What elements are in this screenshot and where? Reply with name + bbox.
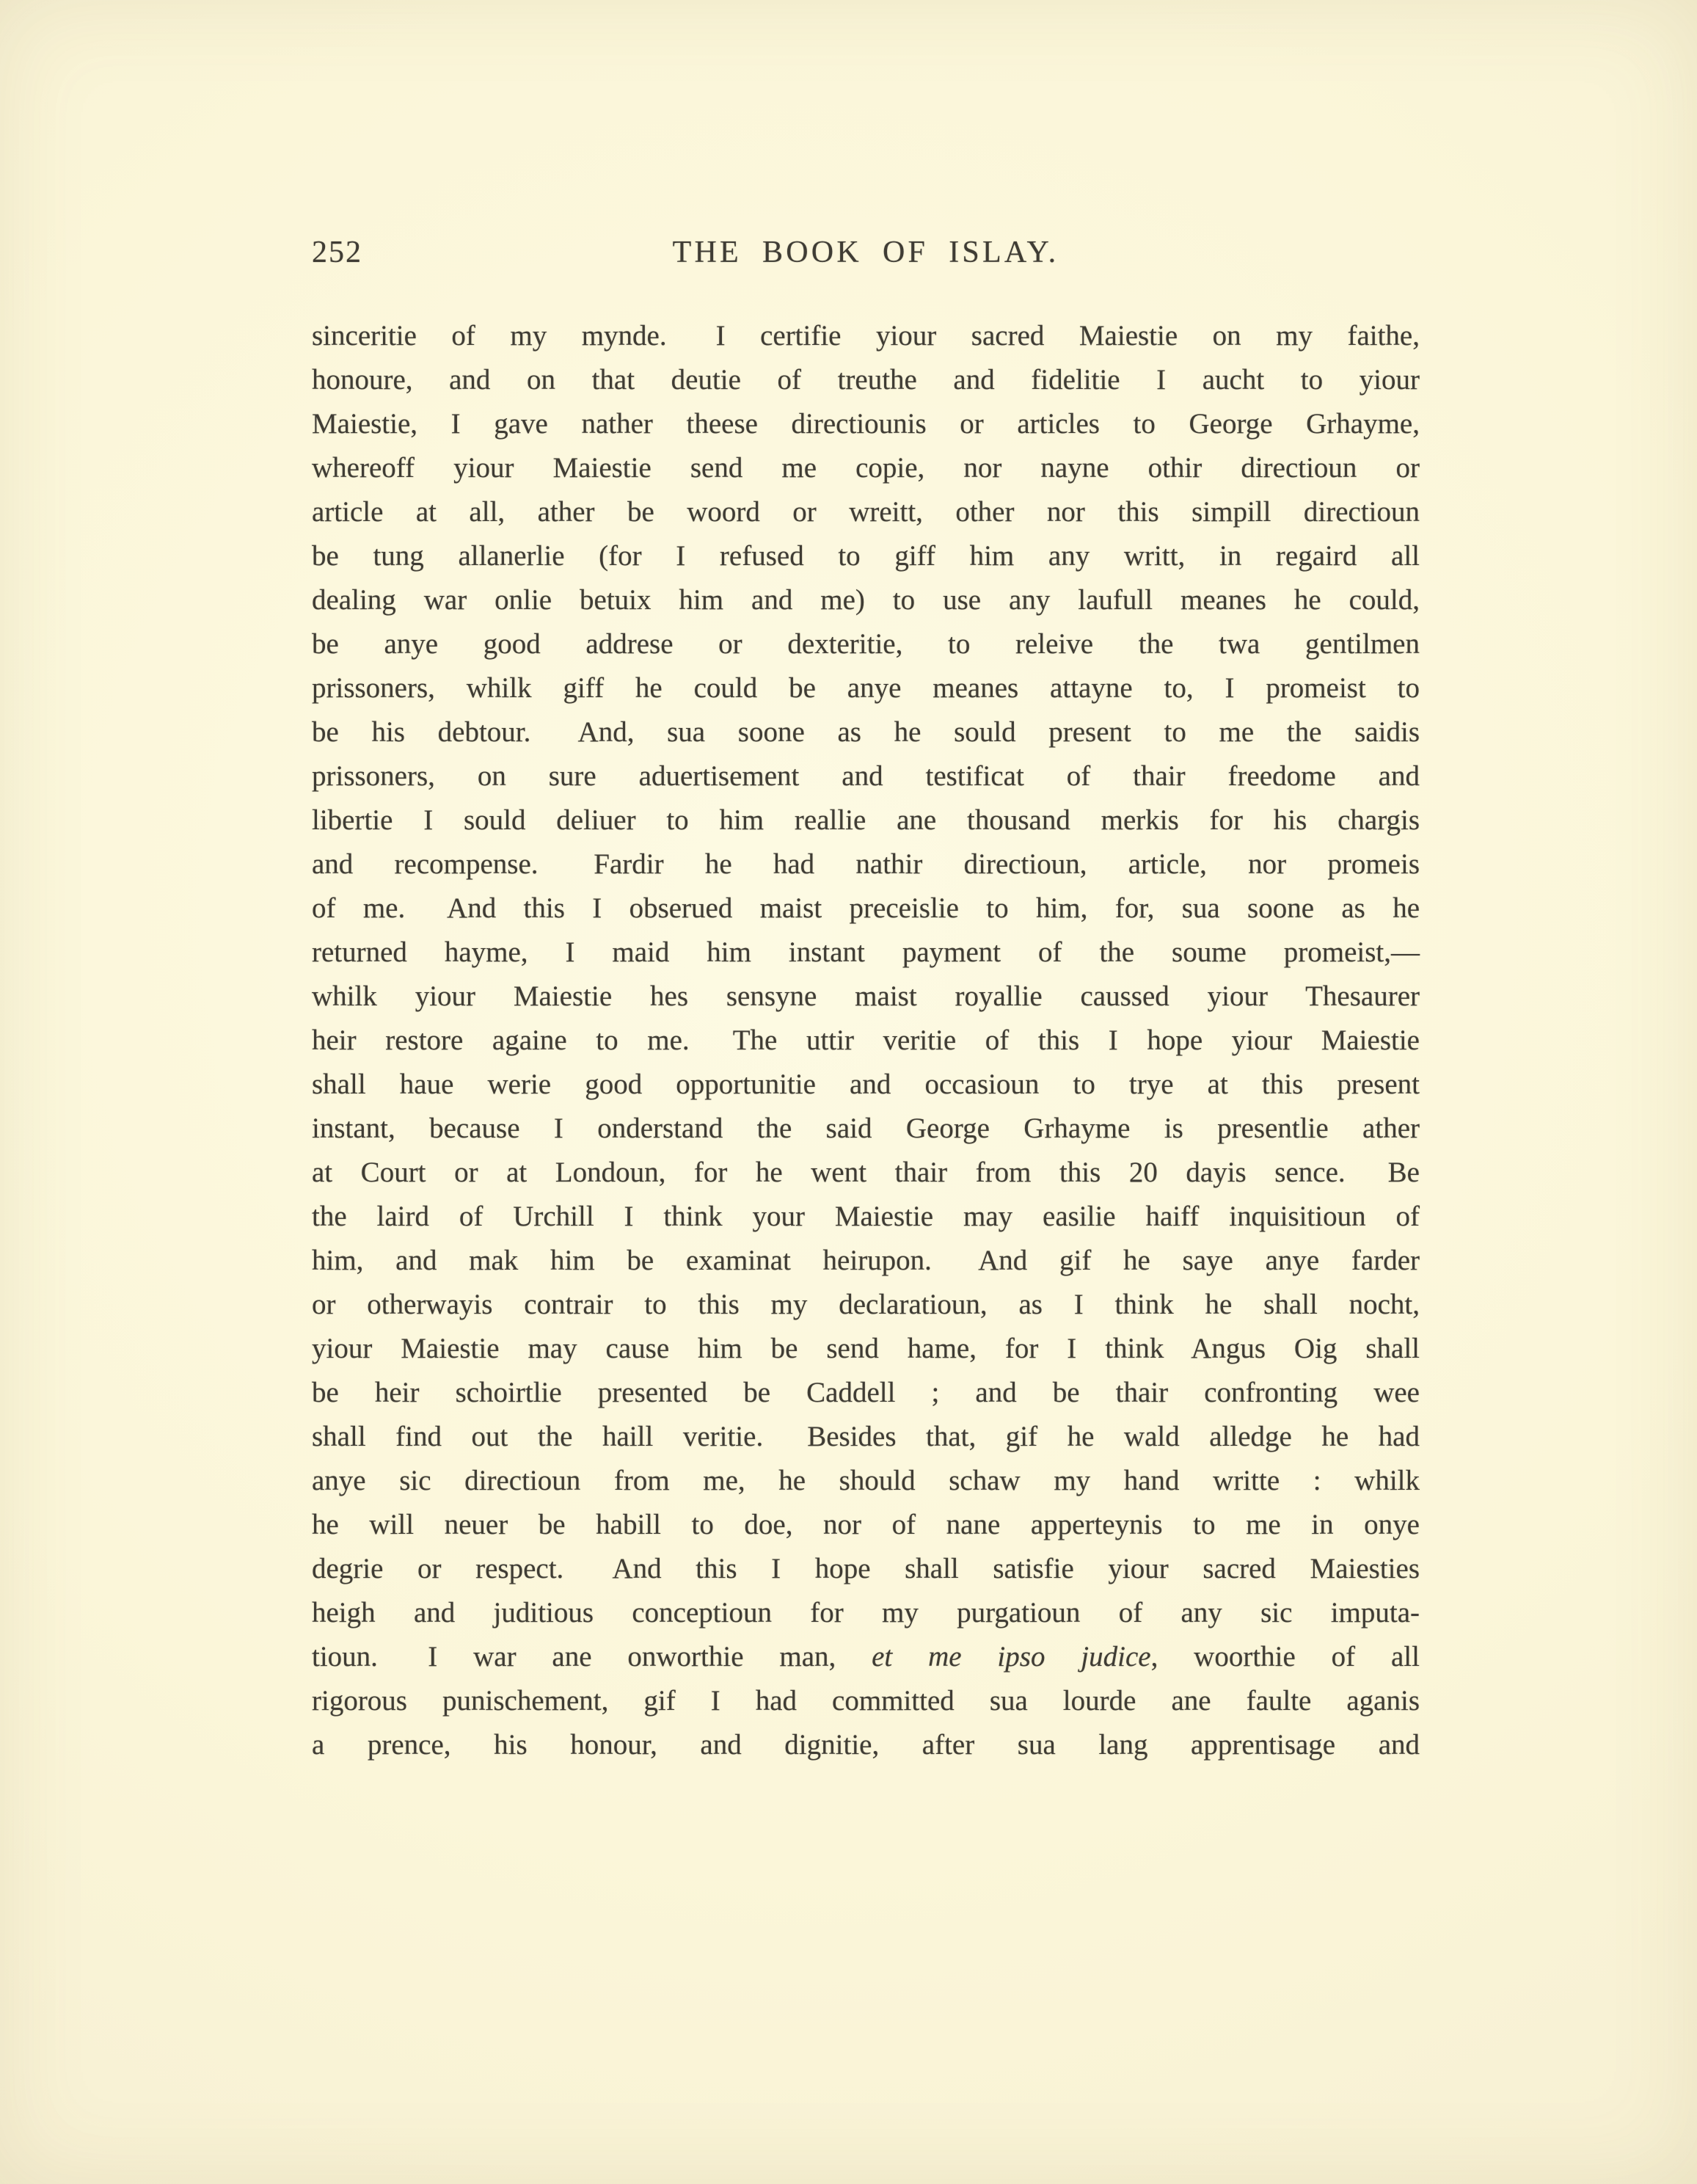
text-line: article at all, ather be woord or wreitt… [312, 490, 1420, 534]
text-line: heir restore againe to me. The uttir ver… [312, 1019, 1420, 1063]
text-line: tioun. I war ane onworthie man, et me ip… [312, 1635, 1420, 1679]
text-line: honoure, and on that deutie of treuthe a… [312, 358, 1420, 402]
text-line: and recompense. Fardir he had nathir dir… [312, 842, 1420, 887]
text-line: a prence, his honour, and dignitie, afte… [312, 1723, 1420, 1767]
page-number: 252 [312, 233, 362, 272]
text-line: of me. And this I obserued maist preceis… [312, 887, 1420, 931]
text-line: heigh and juditious conceptioun for my p… [312, 1591, 1420, 1635]
body-text: sinceritie of my mynde. I certifie yiour… [312, 314, 1420, 1767]
running-title: THE BOOK OF ISLAY. [312, 233, 1420, 272]
text-line: dealing war onlie betuix him and me) to … [312, 578, 1420, 622]
text-line: prissoners, on sure aduertisement and te… [312, 754, 1420, 798]
text-line: instant, because I onderstand the said G… [312, 1107, 1420, 1151]
text-line: be his debtour. And, sua soone as he sou… [312, 710, 1420, 754]
text-line: at Court or at Londoun, for he went thai… [312, 1151, 1420, 1195]
text-line: be anye good addrese or dexteritie, to r… [312, 622, 1420, 666]
text-line: returned hayme, I maid him instant payme… [312, 931, 1420, 975]
text-line: him, and mak him be examinat heirupon. A… [312, 1239, 1420, 1283]
text-line: rigorous punischement, gif I had committ… [312, 1679, 1420, 1723]
text-line: be tung allanerlie (for I refused to gif… [312, 534, 1420, 578]
text-line: sinceritie of my mynde. I certifie yiour… [312, 314, 1420, 358]
text-line: or otherwayis contrair to this my declar… [312, 1283, 1420, 1327]
text-line: be heir schoirtlie presented be Caddell … [312, 1371, 1420, 1415]
text-line: anye sic directioun from me, he should s… [312, 1459, 1420, 1503]
text-line: yiour Maiestie may cause him be send ham… [312, 1327, 1420, 1371]
book-page: 252 THE BOOK OF ISLAY. sinceritie of my … [0, 0, 1697, 2184]
text-line: Maiestie, I gave nather theese directiou… [312, 402, 1420, 446]
text-line: prissoners, whilk giff he could be anye … [312, 666, 1420, 710]
text-line: he will neuer be habill to doe, nor of n… [312, 1503, 1420, 1547]
text-line: the laird of Urchill I think your Maiest… [312, 1195, 1420, 1239]
text-line: shall find out the haill veritie. Beside… [312, 1415, 1420, 1459]
text-line: degrie or respect. And this I hope shall… [312, 1547, 1420, 1591]
text-line: libertie I sould deliuer to him reallie … [312, 798, 1420, 842]
text-line: whereoff yiour Maiestie send me copie, n… [312, 446, 1420, 490]
page-header: 252 THE BOOK OF ISLAY. [312, 233, 1420, 272]
text-line: shall haue werie good opportunitie and o… [312, 1063, 1420, 1107]
text-line: whilk yiour Maiestie hes sensyne maist r… [312, 975, 1420, 1019]
